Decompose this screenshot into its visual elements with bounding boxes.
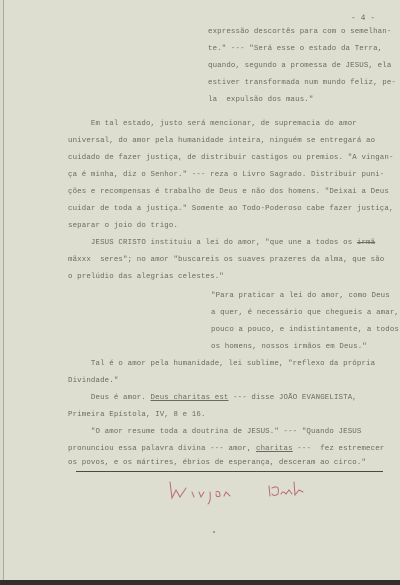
paragraph-1-line-5: ções e recompensas é trabalho de Deus e …: [68, 188, 389, 197]
quote-top-line-5: la expulsão dos maus.": [208, 96, 313, 105]
paragraph-5-line-3: os povos, e os mártires, ébrios de esper…: [68, 459, 366, 468]
paragraph-4-line-1: Deus é amor. Deus charitas est --- disse…: [68, 394, 357, 403]
paragraph-2-line-1: JESUS CRISTO instituiu a lei do amor, "q…: [68, 239, 375, 248]
paragraph-5-line-1: "O amor resume toda a doutrina de JESUS.…: [68, 428, 361, 437]
quote-middle-line-1: "Para praticar a lei do amor, como Deus: [211, 292, 390, 301]
quote-middle-line-2: a quer, é necessário que chegueis a amar…: [211, 309, 399, 318]
quote-top-line-4: estiver transformada num mundo feliz, pe…: [208, 79, 396, 88]
page-bottom-edge: [0, 580, 400, 585]
paragraph-1-line-3: cuidado de fazer justiça, de distribuir …: [68, 154, 394, 163]
horizontal-rule: [76, 471, 383, 472]
quote-middle-line-3: pouco a pouco, e indistintamente, a todo…: [211, 326, 399, 335]
paragraph-4-pre: Deus é amor.: [68, 394, 151, 402]
paragraph-1-line-2: universal, do amor pela humanidade intei…: [68, 137, 375, 146]
paragraph-1-line-1: Em tal estado, justo será mencionar, de …: [68, 120, 357, 129]
quote-top-line-2: te." --- "Será esse o estado da Terra,: [208, 45, 382, 54]
paragraph-1-line-6: cuidar de toda a justiça." Somente ao To…: [68, 205, 394, 214]
page-number: - 4 -: [351, 14, 375, 23]
quote-top-line-1: expressão descortês para com o semelhan-: [208, 28, 391, 37]
paragraph-4-line-2: Primeira Epístola, IV, 8 e 16.: [68, 411, 206, 420]
quote-top-line-3: quando, segundo a promessa de JESUS, ela: [208, 62, 391, 71]
signature-icon: [164, 478, 344, 508]
paragraph-5-line-2: pronunciou essa palavra divina --- amor,…: [68, 445, 384, 454]
document-page: - 4 - expressão descortês para com o sem…: [3, 0, 400, 580]
paragraph-5-post: --- fez estremecer: [293, 445, 385, 453]
paragraph-1-line-7: separar o joio do trigo.: [68, 222, 178, 231]
latin-word: charitas: [256, 445, 293, 453]
paragraph-4-post: --- disse JOÃO EVANGELISTA,: [229, 394, 357, 402]
paragraph-2-line-2: mãxxx seres"; no amor "buscareis os suav…: [68, 256, 384, 265]
paragraph-5-pre: pronunciou essa palavra divina --- amor,: [68, 445, 256, 453]
paragraph-2-line-3: o prelúdio das alegrias celestes.": [68, 273, 224, 282]
paragraph-3-line-1: Tal é o amor pela humanidade, lei sublim…: [68, 360, 375, 369]
paragraph-1-line-4: ça é minha, diz o Senhor." --- reza o Li…: [68, 171, 384, 180]
paragraph-2-text: JESUS CRISTO instituiu a lei do amor, "q…: [68, 239, 357, 247]
latin-phrase: Deus charitas est: [151, 394, 229, 402]
paragraph-3-line-2: Divindade.": [68, 377, 118, 386]
struck-word: irmã: [357, 239, 375, 247]
quote-middle-line-4: os homens, nossos irmãos em Deus.": [211, 343, 367, 352]
paper-speck: [213, 531, 215, 533]
